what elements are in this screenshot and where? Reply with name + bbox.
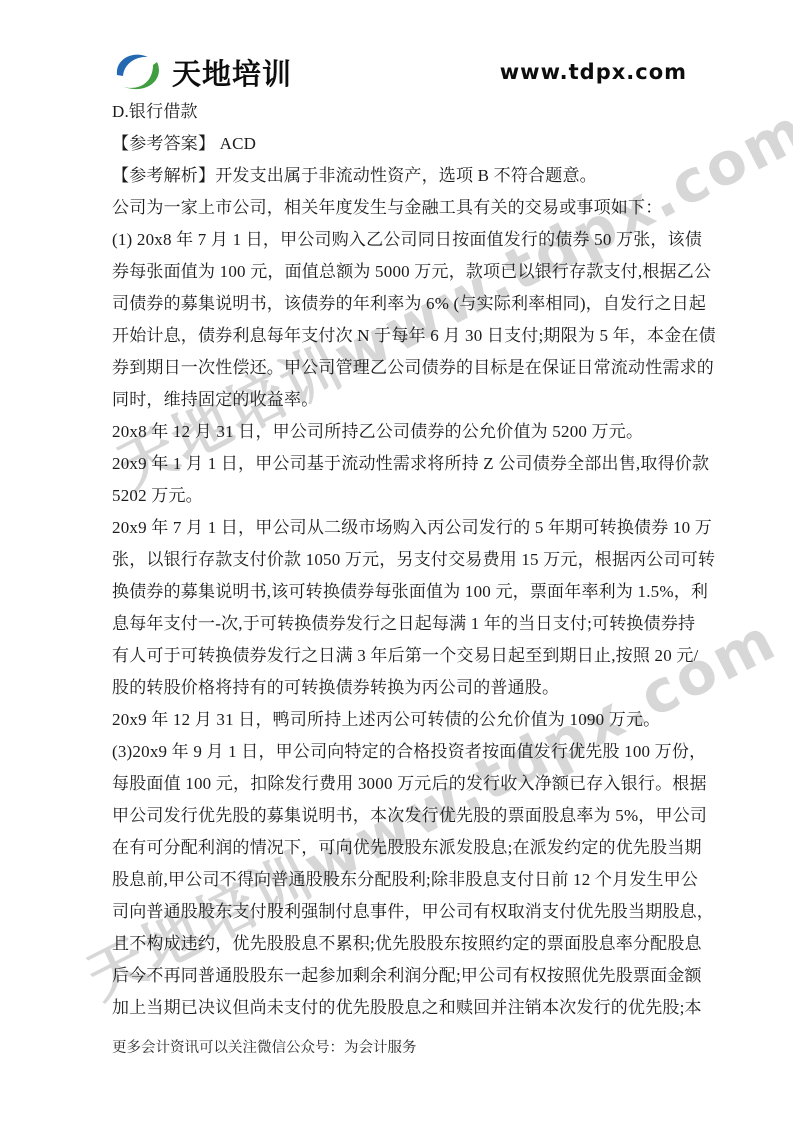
text-line: 息每年支付一-次,于可转换债券发行之日起每满 1 年的当日支付;可转换债券持: [112, 608, 690, 640]
text-line: 20x8 年 12 月 31 日，甲公司所持乙公司债券的公允价值为 5200 万…: [112, 416, 690, 448]
logo-swirl-icon: [112, 50, 164, 94]
text-line: (1) 20x8 年 7 月 1 日，甲公司购入乙公司同日按面值发行的债券 50…: [112, 224, 690, 256]
text-line: 券每张面值为 100 元，面值总额为 5000 万元，款项已以银行存款支付,根据…: [112, 256, 690, 288]
logo-text: 天地培训: [172, 52, 292, 93]
logo-swirl-blue-shape: [117, 55, 148, 76]
text-line: 【参考答案】 ACD: [112, 128, 690, 160]
text-line: 20x9 年 1 月 1 日，甲公司基于流动性需求将所持 Z 公司债券全部出售,…: [112, 448, 690, 480]
text-line: 【参考解析】开发支出属于非流动性资产，选项 B 不符合题意。: [112, 160, 690, 192]
text-line: 20x9 年 12 月 31 日，鸭司所持上述丙公可转债的公允价值为 1090 …: [112, 704, 690, 736]
document-page: 天地培训www.tdpx.com 天地培训www.tdpx.com 天地培训 w…: [0, 0, 793, 1122]
text-line: 同时，维持固定的收益率。: [112, 384, 690, 416]
site-url: www.tdpx.com: [500, 60, 687, 84]
text-line: 开始计息，债券利息每年支付次 N 于每年 6 月 30 日支付;期限为 5 年，…: [112, 320, 690, 352]
text-line: 司向普通股股东支付股利强制付息事件，甲公司有权取消支付优先股当期股息，: [112, 896, 690, 928]
text-line: D.银行借款: [112, 96, 690, 128]
text-line: 股的转股价格将持有的可转换债券转换为丙公司的普通股。: [112, 672, 690, 704]
text-line: 每股面值 100 元，扣除发行费用 3000 万元后的发行收入净额已存入银行。根…: [112, 768, 690, 800]
text-line: 加上当期已决议但尚未支付的优先股股息之和赎回并注销本次发行的优先股;本: [112, 992, 690, 1024]
text-line: 张，以银行存款支付价款 1050 万元，另支付交易费用 15 万元，根据丙公司可…: [112, 544, 690, 576]
text-line: 股息前,甲公司不得向普通股股东分配股利;除非股息支付日前 12 个月发生甲公: [112, 864, 690, 896]
text-line: 后今不再同普通股股东一起参加剩余利润分配;甲公司有权按照优先股票面金额: [112, 960, 690, 992]
logo: 天地培训: [112, 50, 292, 94]
logo-swirl-green-shape: [124, 62, 159, 89]
text-line: 有人可于可转换债券发行之日满 3 年后第一个交易日起至到期日止,按照 20 元/: [112, 640, 690, 672]
text-line: 换债券的募集说明书,该可转换债券每张面值为 100 元，票面年率利为 1.5%，…: [112, 576, 690, 608]
text-line: 公司为一家上市公司，相关年度发生与金融工具有关的交易或事项如下：: [112, 192, 690, 224]
text-line: 20x9 年 7 月 1 日，甲公司从二级市场购入丙公司发行的 5 年期可转换债…: [112, 512, 690, 544]
text-line: 甲公司发行优先股的募集说明书，本次发行优先股的票面股息率为 5%，甲公司: [112, 800, 690, 832]
page-footer: 更多会计资讯可以关注微信公众号：为会计服务: [112, 1036, 417, 1057]
page-header: 天地培训 www.tdpx.com: [112, 46, 687, 98]
body-text: D.银行借款 【参考答案】 ACD 【参考解析】开发支出属于非流动性资产，选项 …: [112, 96, 690, 1024]
text-line: 券到期日一次性偿还。甲公司管理乙公司债券的目标是在保证日常流动性需求的: [112, 352, 690, 384]
text-line: 且不构成违约，优先股股息不累积;优先股股东按照约定的票面股息率分配股息: [112, 928, 690, 960]
footer-note: 更多会计资讯可以关注微信公众号：为会计服务: [112, 1040, 417, 1056]
text-line: 司债券的募集说明书，该债券的年利率为 6% (与实际利率相同)，自发行之日起: [112, 288, 690, 320]
text-line: (3)20x9 年 9 月 1 日，甲公司向特定的合格投资者按面值发行优先股 1…: [112, 736, 690, 768]
text-line: 5202 万元。: [112, 480, 690, 512]
text-line: 在有可分配利润的情况下，可向优先股股东派发股息;在派发约定的优先股当期: [112, 832, 690, 864]
